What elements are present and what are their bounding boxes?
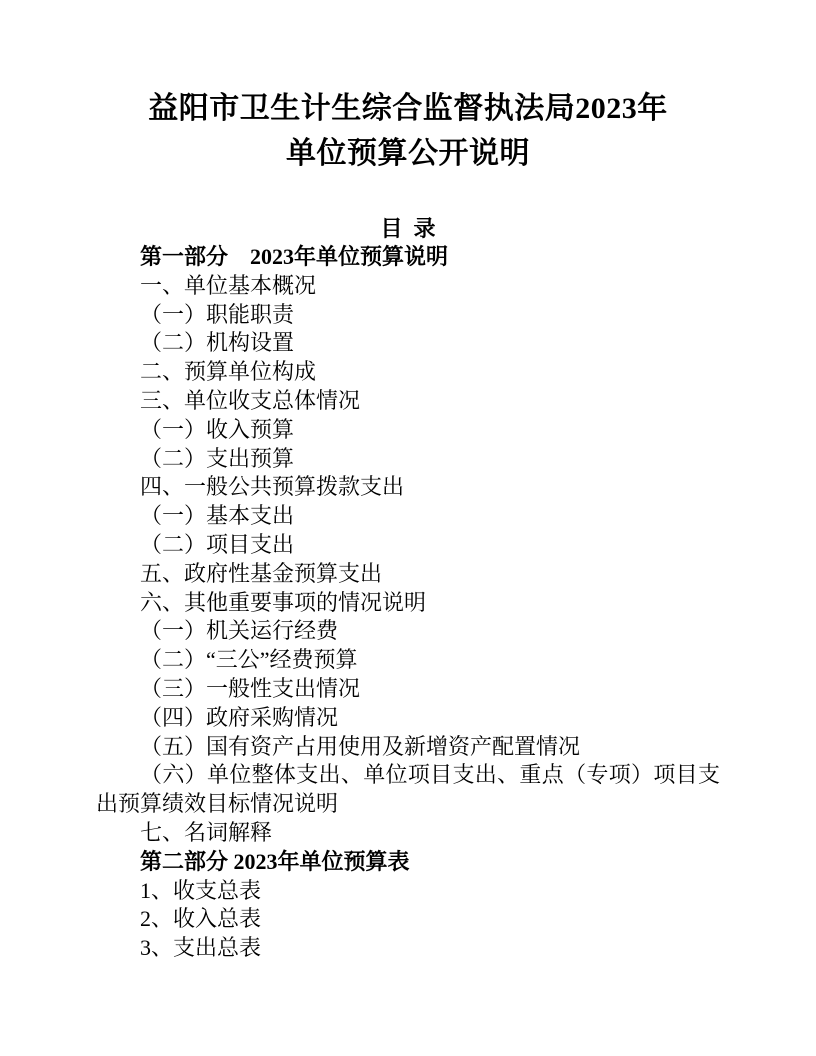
toc-item: 第一部分 2023年单位预算说明 [96,243,720,272]
toc-item: （二）项目支出 [96,531,720,560]
toc-item: 2、收入总表 [96,905,720,934]
toc-item: 1、收支总表 [96,877,720,906]
toc-item: （三）一般性支出情况 [96,675,720,704]
toc-list: 第一部分 2023年单位预算说明一、单位基本概况（一）职能职责（二）机构设置二、… [96,243,720,963]
toc-item: （一）职能职责 [96,301,720,330]
toc-item: （一）机关运行经费 [96,617,720,646]
document-title: 益阳市卫生计生综合监督执法局2023年 单位预算公开说明 [96,86,720,176]
toc-item: （四）政府采购情况 [96,704,720,733]
toc-item: 第二部分 2023年单位预算表 [96,848,720,877]
toc-item: 四、一般公共预算拨款支出 [96,473,720,502]
toc-heading: 目 录 [96,214,720,243]
toc-item: （六）单位整体支出、单位项目支出、重点（专项）项目支出预算绩效目标情况说明 [96,761,720,819]
toc-item: （二）机构设置 [96,329,720,358]
toc-item: （一）基本支出 [96,502,720,531]
toc-item: （五）国有资产占用使用及新增资产配置情况 [96,733,720,762]
toc-item: 3、支出总表 [96,934,720,963]
toc-item: （二）“三公”经费预算 [96,646,720,675]
document-page: 益阳市卫生计生综合监督执法局2023年 单位预算公开说明 目 录 第一部分 20… [0,0,816,1056]
toc-item: 三、单位收支总体情况 [96,387,720,416]
toc-item: （一）收入预算 [96,416,720,445]
toc-item: 五、政府性基金预算支出 [96,560,720,589]
document-title-line-1: 益阳市卫生计生综合监督执法局2023年 [96,86,720,131]
toc-item: （二）支出预算 [96,445,720,474]
toc-item: 二、预算单位构成 [96,358,720,387]
toc-item: 一、单位基本概况 [96,272,720,301]
document-title-line-2: 单位预算公开说明 [96,131,720,176]
toc-item: 七、名词解释 [96,819,720,848]
toc-item: 六、其他重要事项的情况说明 [96,589,720,618]
